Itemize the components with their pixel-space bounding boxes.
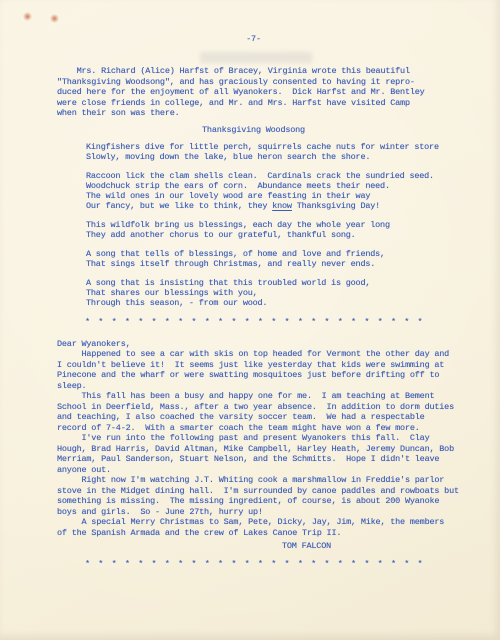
- text-line: something is missing. The missing ingred…: [57, 496, 450, 507]
- text-line: They add another chorus to our grateful,…: [86, 230, 450, 240]
- text-line: A special Merry Christmas to Sam, Pete, …: [57, 517, 450, 528]
- text-line: boys and girls. So - June 27th, hurry up…: [57, 507, 450, 518]
- text-line: Woodchuck strip the ears of corn. Abunda…: [86, 181, 450, 191]
- text-line: Pinecone and the wharf or were swatting …: [57, 370, 450, 381]
- typewritten-newsletter-page: -7- Mrs. Richard (Alice) Harfst of Brace…: [0, 0, 500, 640]
- poem-stanza: Kingfishers dive for little perch, squir…: [86, 142, 450, 162]
- intro-paragraph: Mrs. Richard (Alice) Harfst of Bracey, V…: [57, 66, 450, 119]
- text-segment: Our fancy, but we like to think, they: [86, 201, 272, 211]
- text-line: That shares our blessings with you,: [86, 288, 450, 298]
- text-line: Slowly, moving down the lake, blue heron…: [86, 152, 450, 162]
- letter-salutation: Dear Wyanokers,: [57, 339, 450, 350]
- text-line: when their son was there.: [57, 108, 450, 119]
- text-line: A song that is insisting that this troub…: [86, 278, 450, 288]
- erased-text-smudge: [200, 52, 312, 63]
- text-line: This fall has been a busy and happy one …: [57, 391, 450, 402]
- asterisk-divider: * * * * * * * * * * * * * * * * * * * * …: [85, 317, 450, 327]
- staple-rust-mark: [50, 14, 59, 23]
- letter-signature: TOM FALCON: [282, 541, 450, 552]
- text-line: stove in the Midget dining hall. I'm sur…: [57, 486, 450, 497]
- text-line: sleep.: [57, 381, 450, 392]
- text-line: Mrs. Richard (Alice) Harfst of Bracey, V…: [57, 66, 450, 77]
- poem-stanzas-after: This wildfolk bring us blessings, each d…: [86, 220, 450, 308]
- poem-title: Thanksgiving Woodsong: [57, 125, 450, 135]
- text-line: Through this season, - from our wood.: [86, 298, 450, 308]
- text-line: The wild ones in our lovely wood are fea…: [86, 191, 450, 201]
- asterisk-divider: * * * * * * * * * * * * * * * * * * * * …: [85, 559, 450, 569]
- letter-body: Happened to see a car with skis on top h…: [57, 349, 450, 538]
- text-line: and teaching, I also coached the varsity…: [57, 412, 450, 423]
- text-line: anyone out.: [57, 465, 450, 476]
- text-line: "Thanksgiving Woodsong", and has graciou…: [57, 77, 450, 88]
- text-line: of the Spanish Armada and the crew of La…: [57, 528, 450, 539]
- text-line: School in Deerfield, Mass., after a two …: [57, 402, 450, 413]
- text-line: Right now I'm watching J.T. Whiting cook…: [57, 475, 450, 486]
- text-line: I couldn't believe it! It seems just lik…: [57, 360, 450, 371]
- text-line: I've run into the following past and pre…: [57, 433, 450, 444]
- staple-rust-mark: [23, 12, 32, 21]
- poem: Kingfishers dive for little perch, squir…: [86, 142, 450, 308]
- text-segment: Thanksgiving Day!: [292, 201, 380, 211]
- poem-line-with-underline: Our fancy, but we like to think, they kn…: [86, 201, 450, 211]
- text-line: Raccoon lick the clam shells clean. Card…: [86, 171, 450, 181]
- text-line: Kingfishers dive for little perch, squir…: [86, 142, 450, 152]
- letter: Dear Wyanokers, Happened to see a car wi…: [57, 339, 450, 552]
- poem-stanza-know: The wild ones in our lovely wood are fea…: [86, 191, 450, 211]
- text-line: duced here for the enjoyment of all Wyan…: [57, 87, 450, 98]
- poem-stanza: This wildfolk bring us blessings, each d…: [86, 220, 450, 240]
- text-line: record of 7-4-2. With a smarter coach th…: [57, 423, 450, 434]
- poem-stanza: A song that is insisting that this troub…: [86, 278, 450, 308]
- text-line: Happened to see a car with skis on top h…: [57, 349, 450, 360]
- poem-stanza: Raccoon lick the clam shells clean. Card…: [86, 171, 450, 191]
- text-line: That sings itself through Christmas, and…: [86, 259, 450, 269]
- text-line: A song that tells of blessings, of home …: [86, 249, 450, 259]
- text-line: This wildfolk bring us blessings, each d…: [86, 220, 450, 230]
- page-number: -7-: [57, 34, 450, 44]
- poem-stanzas-before: Kingfishers dive for little perch, squir…: [86, 142, 450, 191]
- poem-stanza: A song that tells of blessings, of home …: [86, 249, 450, 269]
- text-line: Hough, Brad Harris, David Altman, Mike C…: [57, 444, 450, 455]
- text-line: were close friends in college, and Mr. a…: [57, 98, 450, 109]
- text-line: Merriam, Paul Sanderson, Stuart Nelson, …: [57, 454, 450, 465]
- underlined-word: know: [272, 201, 292, 211]
